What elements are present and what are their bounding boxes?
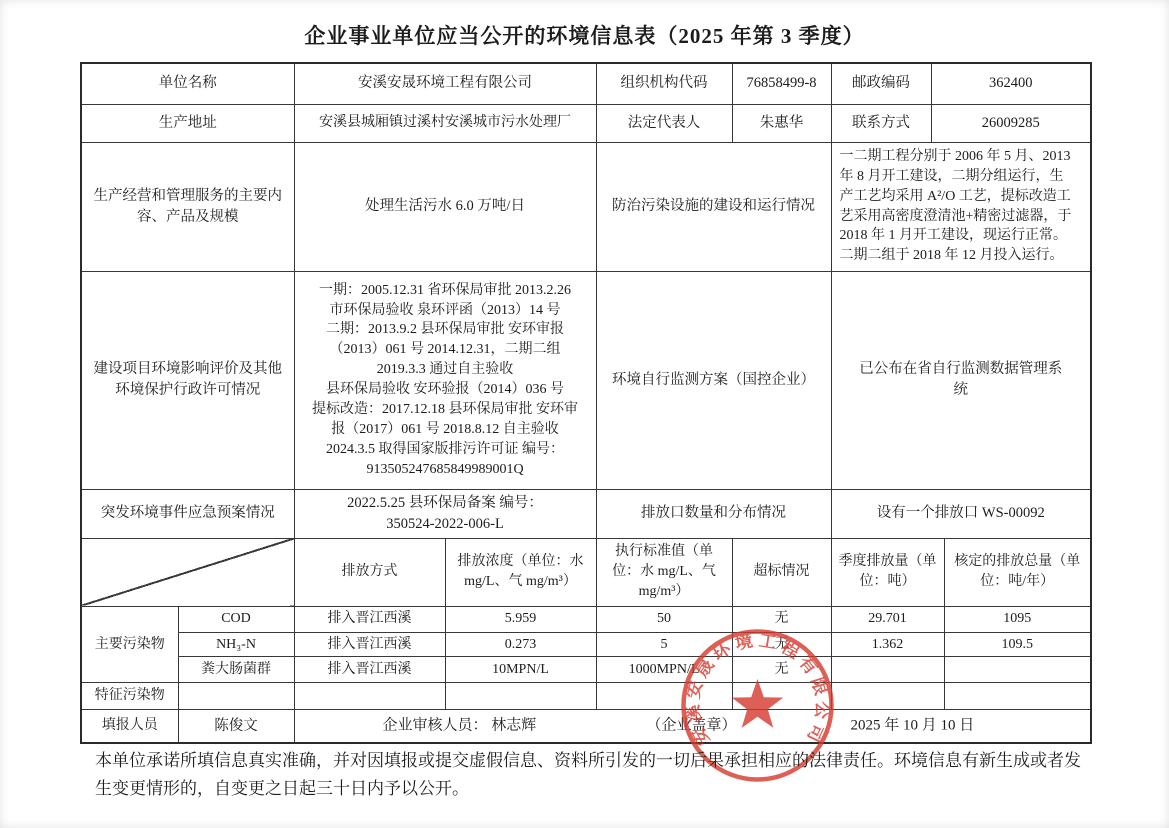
report-date: 2025 年 10 月 10 日 <box>851 715 975 736</box>
row-business: 生产经营和管理服务的主要内容、产品及规模 处理生活污水 6.0 万吨/日 防治污… <box>81 142 1091 271</box>
header-standard-value: 执行标准值（单位：水 mg/L、气 mg/m³） <box>596 538 732 606</box>
pollutant-name: NH₃-N <box>178 632 294 657</box>
scanned-document-page: { "title": "企业事业单位应当公开的环境信息表（2025 年第 3 季… <box>0 0 1169 828</box>
disclaimer-text: 本单位承诺所填信息真实准确，并对因填报或提交虚假信息、资料所引发的一切后果承担相… <box>95 747 1087 803</box>
pollutant-row-cod: 主要污染物 COD 排入晋江西溪 5.959 50 无 29.701 1095 <box>81 606 1091 632</box>
row-emergency: 突发环境事件应急预案情况 2022.5.25 县环保局备案 编号： 350524… <box>81 489 1091 538</box>
emergency-label: 突发环境事件应急预案情况 <box>81 489 294 538</box>
pollutant-method: 排入晋江西溪 <box>294 632 445 657</box>
pollutant-exceed: 无 <box>732 657 831 683</box>
sign-row: 填报人员 陈俊文 企业审核人员： 林志辉 （企业盖章） 2025 年 10 月 … <box>81 710 1091 743</box>
pollutant-quarter: 1.362 <box>831 632 944 657</box>
feature-standard <box>596 683 732 710</box>
pollutant-concentration: 5.959 <box>445 606 596 632</box>
pollutant-name: COD <box>178 606 294 632</box>
pollutant-approved: 1095 <box>944 606 1091 632</box>
pollutant-concentration: 10MPN/L <box>445 657 596 683</box>
row-pollutant-header: 排放方式 排放浓度（单位：水 mg/L、气 mg/m³） 执行标准值（单位：水 … <box>81 538 1091 606</box>
pollutant-row-coliform: 粪大肠菌群 排入晋江西溪 10MPN/L 1000MPN/L 无 <box>81 657 1091 683</box>
pollutant-method: 排入晋江西溪 <box>294 606 445 632</box>
contact-label: 联系方式 <box>831 104 931 142</box>
feature-pollutant-label: 特征污染物 <box>81 683 178 710</box>
org-code-label: 组织机构代码 <box>596 63 732 104</box>
emergency-value: 2022.5.25 县环保局备案 编号： 350524-2022-006-L <box>294 489 596 538</box>
page-title: 企业事业单位应当公开的环境信息表（2025 年第 3 季度） <box>0 20 1169 50</box>
header-quarter-amount: 季度排放量（单位：吨） <box>831 538 944 606</box>
contact-value: 26009285 <box>931 104 1091 142</box>
legal-rep-value: 朱惠华 <box>732 104 831 142</box>
outlet-label: 排放口数量和分布情况 <box>596 489 831 538</box>
pollutant-quarter: 29.701 <box>831 606 944 632</box>
postal-label: 邮政编码 <box>831 63 931 104</box>
filler-name: 陈俊文 <box>178 710 294 743</box>
row-unit-name: 单位名称 安溪安晟环境工程有限公司 组织机构代码 76858499-8 邮政编码… <box>81 63 1091 104</box>
facilities-label: 防治污染设施的建设和运行情况 <box>596 142 831 271</box>
legal-rep-label: 法定代表人 <box>596 104 732 142</box>
pollutant-approved: 109.5 <box>944 632 1091 657</box>
seal-note: （企业盖章） <box>647 715 737 736</box>
pollutant-approved <box>944 657 1091 683</box>
row-address: 生产地址 安溪县城厢镇过溪村安溪城市污水处理厂 法定代表人 朱惠华 联系方式 2… <box>81 104 1091 142</box>
header-discharge-concentration: 排放浓度（单位：水 mg/L、气 mg/m³） <box>445 538 596 606</box>
pollutant-exceed: 无 <box>732 632 831 657</box>
postal-value: 362400 <box>931 63 1091 104</box>
monitoring-value: 已公布在省自行监测数据管理系 统 <box>831 271 1091 489</box>
org-code-value: 76858499-8 <box>732 63 831 104</box>
pollutant-concentration: 0.273 <box>445 632 596 657</box>
eia-label: 建设项目环境影响评价及其他环境保护行政许可情况 <box>81 271 294 489</box>
sign-merged-cell: 企业审核人员： 林志辉 （企业盖章） 2025 年 10 月 10 日 <box>294 710 1091 743</box>
header-discharge-method: 排放方式 <box>294 538 445 606</box>
business-label: 生产经营和管理服务的主要内容、产品及规模 <box>81 142 294 271</box>
unit-name-value: 安溪安晟环境工程有限公司 <box>294 63 596 104</box>
business-value: 处理生活污水 6.0 万吨/日 <box>294 142 596 271</box>
feature-approved <box>944 683 1091 710</box>
pollutant-name: 粪大肠菌群 <box>178 657 294 683</box>
environment-info-table: 单位名称 安溪安晟环境工程有限公司 组织机构代码 76858499-8 邮政编码… <box>80 62 1092 744</box>
monitoring-label: 环境自行监测方案（国控企业） <box>596 271 831 489</box>
feature-pollutant-row: 特征污染物 <box>81 683 1091 710</box>
address-label: 生产地址 <box>81 104 294 142</box>
eia-value: 一期：2005.12.31 省环保局审批 2013.2.26 市环保局验收 泉环… <box>294 271 596 489</box>
pollutant-exceed: 无 <box>732 606 831 632</box>
diagonal-header-cell <box>81 538 294 606</box>
feature-name <box>178 683 294 710</box>
pollutant-quarter <box>831 657 944 683</box>
auditor-name: 企业审核人员： 林志辉 <box>383 715 537 736</box>
address-value: 安溪县城厢镇过溪村安溪城市污水处理厂 <box>294 104 596 142</box>
pollutant-standard: 50 <box>596 606 732 632</box>
header-approved-total: 核定的排放总量（单位：吨/年） <box>944 538 1091 606</box>
outlet-value: 设有一个排放口 WS-00092 <box>831 489 1091 538</box>
row-eia: 建设项目环境影响评价及其他环境保护行政许可情况 一期：2005.12.31 省环… <box>81 271 1091 489</box>
facilities-value: 一二期工程分别于 2006 年 5 月、2013 年 8 月开工建设，二期分组运… <box>831 142 1091 271</box>
feature-quarter <box>831 683 944 710</box>
filler-label: 填报人员 <box>81 710 178 743</box>
feature-concentration <box>445 683 596 710</box>
pollutant-row-nh3n: NH₃-N 排入晋江西溪 0.273 5 无 1.362 109.5 <box>81 632 1091 657</box>
header-exceed-status: 超标情况 <box>732 538 831 606</box>
feature-method <box>294 683 445 710</box>
feature-exceed <box>732 683 831 710</box>
unit-name-label: 单位名称 <box>81 63 294 104</box>
pollutant-method: 排入晋江西溪 <box>294 657 445 683</box>
pollutant-standard: 1000MPN/L <box>596 657 732 683</box>
main-pollutant-label: 主要污染物 <box>81 606 178 683</box>
pollutant-standard: 5 <box>596 632 732 657</box>
